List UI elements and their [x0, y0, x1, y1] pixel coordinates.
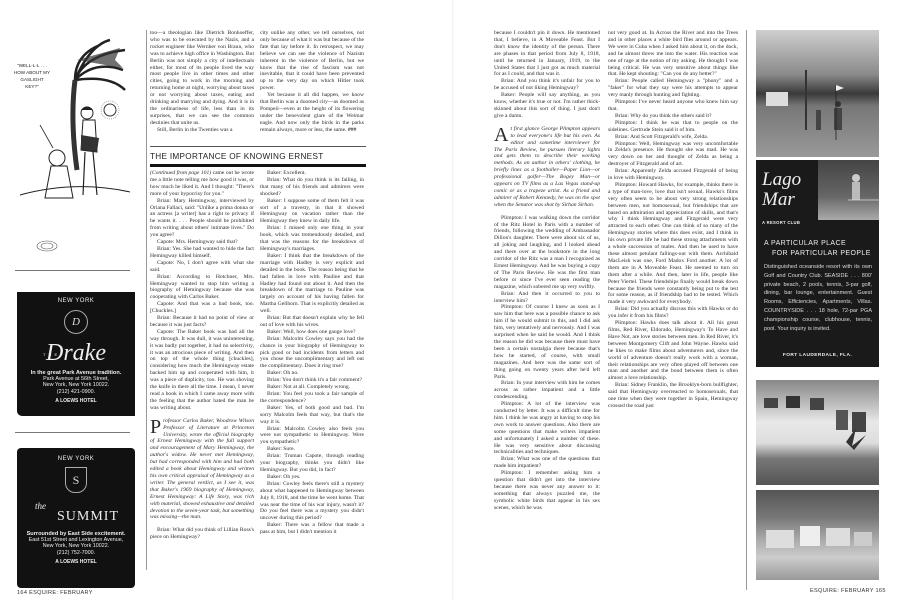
- ripple-icon: [35, 236, 65, 256]
- resort-aerial-photo: [756, 490, 879, 580]
- paragraph: Brian: You feel you took a fair sample o…: [260, 391, 364, 405]
- caption-line: HOW ABOUT MY: [2, 69, 62, 76]
- lago-mar-logo: Lago Mar: [762, 170, 814, 210]
- paragraph: Brian: And Scott Fitzgerald's wife, Zeld…: [608, 134, 738, 141]
- paragraph: Baker: Excellent.: [260, 170, 364, 177]
- caption-line: "WELL-L-L . . .: [2, 62, 62, 69]
- divider: [15, 270, 130, 271]
- ad-chain: A LOEWS HOTEL: [17, 559, 135, 565]
- golfers-icon: [756, 30, 879, 157]
- paragraph: Plimpton: Well, Hemingway was very uncom…: [608, 141, 738, 169]
- paragraph: Brian: Malcolm Cowley says you had the c…: [260, 336, 364, 371]
- lago-mar-headline1: A PARTICULAR PLACE: [764, 240, 846, 247]
- ad-the-drake[interactable]: NEW YORK D T H E Drake In the great Park…: [17, 292, 135, 416]
- intro-paragraph: At first glance George Plimpton appears …: [494, 126, 600, 209]
- paragraph: city unlike any other, we tell ourselves…: [260, 30, 364, 92]
- end-mark: ###: [348, 127, 356, 133]
- paragraph: Brian: Sidney Franklin, the Brooklyn-bor…: [608, 382, 738, 410]
- paragraph: Baker: Not at all. Completely wrong.: [260, 384, 364, 391]
- paragraph: (Continued from page 101) came out he wr…: [150, 170, 254, 198]
- ad-the-label: T H E: [43, 352, 58, 357]
- paragraph: Baker: People will say anything, as you …: [494, 92, 600, 120]
- ad-lago-mar[interactable]: Lago Mar A RESORT CLUB A PARTICULAR PLAC…: [756, 160, 879, 367]
- cartoon-water-ripple: [35, 236, 65, 261]
- paragraph: Brian: Truman Capote, through reading yo…: [260, 453, 364, 474]
- lago-mar-headline2: FOR PARTICULAR PEOPLE: [772, 250, 871, 257]
- ad-city: NEW YORK: [17, 298, 135, 304]
- paragraph: Capote: Mrs. Hemingway said that?: [150, 239, 254, 246]
- caption-line: KEY?": [2, 83, 62, 90]
- paragraph: Brian: Because it had no point of view o…: [150, 315, 254, 329]
- paragraph: Brian: But that doesn't explain why he f…: [260, 315, 364, 329]
- paragraph: Brian: Mary Hemingway, interviewed by Or…: [150, 198, 254, 239]
- paragraph: Brian: Apparently Zelda accused Fitzgera…: [608, 168, 738, 182]
- paragraph: Plimpton: Of course I knew as soon as I …: [494, 304, 600, 380]
- paragraph: Baker: I suppose some of them felt it wa…: [260, 198, 364, 226]
- paragraph: Brian: What do you think is its failing,…: [260, 177, 364, 198]
- paragraph: Brian: In your interview with him he com…: [494, 380, 600, 401]
- page-gutter: [452, 0, 454, 600]
- paragraph: Plimpton: I think he was that to people …: [608, 120, 738, 134]
- paragraph: Brian: According to Hotchner, Mrs. Hemin…: [150, 274, 254, 302]
- drop-cap: P: [150, 419, 161, 435]
- intro-paragraph: Professor Carlos Baker, Woodrow Wilson P…: [150, 418, 254, 522]
- paragraph: Capote: No, I don't agree with what she …: [150, 260, 254, 274]
- lago-mar-body: Distinguished oceanside resort with its …: [764, 263, 872, 333]
- ad-the-label: the: [35, 501, 46, 511]
- ad-the-summit[interactable]: NEW YORK S the SUMMIT Surrounded by East…: [17, 448, 135, 588]
- paragraph: Brian: People called Hemingway a "phony"…: [608, 78, 738, 99]
- berlin-article-col2: city unlike any other, we tell ourselves…: [260, 30, 364, 134]
- lago-mar-location: FORT LAUDERDALE, FLA.: [756, 353, 879, 358]
- ad-hotel-name: SUMMIT: [57, 509, 119, 525]
- paragraph: Baker: Well, how does one gauge love?: [260, 329, 364, 336]
- ad-phone: (212) 752-7000.: [17, 550, 135, 556]
- title-underline: [150, 164, 366, 167]
- cartoon-illustration: [15, 20, 130, 200]
- paragraph: Brian: Malcolm Cowley also feels you wer…: [260, 426, 364, 447]
- summit-crest-icon: S: [65, 467, 87, 493]
- paragraph: Brian: Why do you think the others said …: [608, 113, 738, 120]
- tennis-player-icon: [818, 160, 879, 220]
- drake-crest-icon: D: [64, 310, 88, 334]
- ad-phone: (212) 421-0900.: [17, 389, 135, 395]
- hemingway-col3: because I couldn't pin it down. He menti…: [494, 30, 600, 512]
- paragraph: Baker: I think that the breakdown of the…: [260, 253, 364, 315]
- paragraph: Baker: Oh yes.: [260, 474, 364, 481]
- paragraph: Plimpton: A lot of the interview was con…: [494, 401, 600, 456]
- ad-city: NEW YORK: [17, 456, 135, 462]
- paragraph: Baker: Sure.: [260, 446, 364, 453]
- paragraph: Plimpton: Hawks does talk about it. All …: [608, 320, 738, 382]
- article-title: THE IMPORTANCE OF KNOWING ERNEST: [150, 152, 324, 161]
- column-divider: [746, 30, 747, 590]
- paragraph: Brian: What did you think of Lillian Ros…: [150, 527, 254, 541]
- hemingway-col1: (Continued from page 101) came out he wr…: [150, 170, 254, 541]
- paragraph: Brian: You don't think it's a fair comme…: [260, 377, 364, 384]
- beach-cabanas-photo: [756, 380, 879, 485]
- caption-line: GASLIGHT: [2, 76, 62, 83]
- paragraph: Plimpton: I was walking down the corrido…: [494, 215, 600, 291]
- paragraph: Brian: And you think it's unfair for you…: [494, 78, 600, 92]
- palm-tree-woman-cartoon-icon: [15, 20, 130, 200]
- ad-chain: A LOEWS HOTEL: [17, 398, 135, 404]
- page-footer-right: ESQUIRE: FEBRUARY 165: [810, 588, 886, 594]
- golf-course-photo: [756, 30, 879, 157]
- paragraph: because I couldn't pin it down. He menti…: [494, 30, 600, 78]
- divider: [15, 432, 130, 433]
- paragraph: Plimpton: I've never heard anyone who kn…: [608, 99, 738, 113]
- tennis-player-photo: [818, 160, 879, 220]
- aerial-buildings-icon: [756, 490, 879, 580]
- berlin-article-col1: too—a theologian like Dietrich Bonhoeffe…: [150, 30, 254, 134]
- paragraph: Brian: And then it occurred to you to in…: [494, 291, 600, 305]
- paragraph: Baker: There was a fellow that made a pa…: [260, 522, 364, 536]
- cabanas-icon: [756, 380, 879, 485]
- paragraph: Brian: Yes. She had wanted to hide the f…: [150, 246, 254, 260]
- paragraph: Plimpton: Howard Hawks, for example, thi…: [608, 182, 738, 306]
- hemingway-col2: Baker: Excellent.Brian: What do you thin…: [260, 170, 364, 536]
- paragraph: too—a theologian like Dietrich Bonhoeffe…: [150, 30, 254, 127]
- continued-note: (Continued from page 101): [150, 170, 211, 176]
- paragraph: Brian: Did you actually discuss this wit…: [608, 306, 738, 320]
- paragraph: Capote: And that was a bad book, too. [C…: [150, 301, 254, 315]
- divider: [150, 146, 366, 147]
- paragraph: Baker: Yes, of both good and bad. I'm so…: [260, 405, 364, 426]
- paragraph: Yet because it all did happen, we know t…: [260, 92, 364, 133]
- column-divider: [146, 30, 147, 570]
- paragraph: Plimpton: I remember asking him a questi…: [494, 470, 600, 511]
- cartoon-caption: "WELL-L-L . . . HOW ABOUT MY GASLIGHT KE…: [2, 62, 62, 90]
- paragraph: not very good at. In Across the River an…: [608, 30, 738, 78]
- paragraph: Still, Berlin in the Twenties was a: [150, 127, 254, 134]
- lago-mar-subtitle: A RESORT CLUB: [762, 220, 800, 225]
- paragraph: Brian: Cowley feels there's still a myst…: [260, 481, 364, 522]
- paragraph: Brian: I missed only one thing in your b…: [260, 225, 364, 253]
- page-footer-left: 164 ESQUIRE: FEBRUARY: [17, 590, 93, 596]
- hemingway-col4: not very good at. In Across the River an…: [608, 30, 738, 410]
- paragraph: Capote: The Baker book was bad all the w…: [150, 329, 254, 412]
- paragraph: Brian: What was one of the questions tha…: [494, 456, 600, 470]
- drop-cap: A: [494, 127, 508, 143]
